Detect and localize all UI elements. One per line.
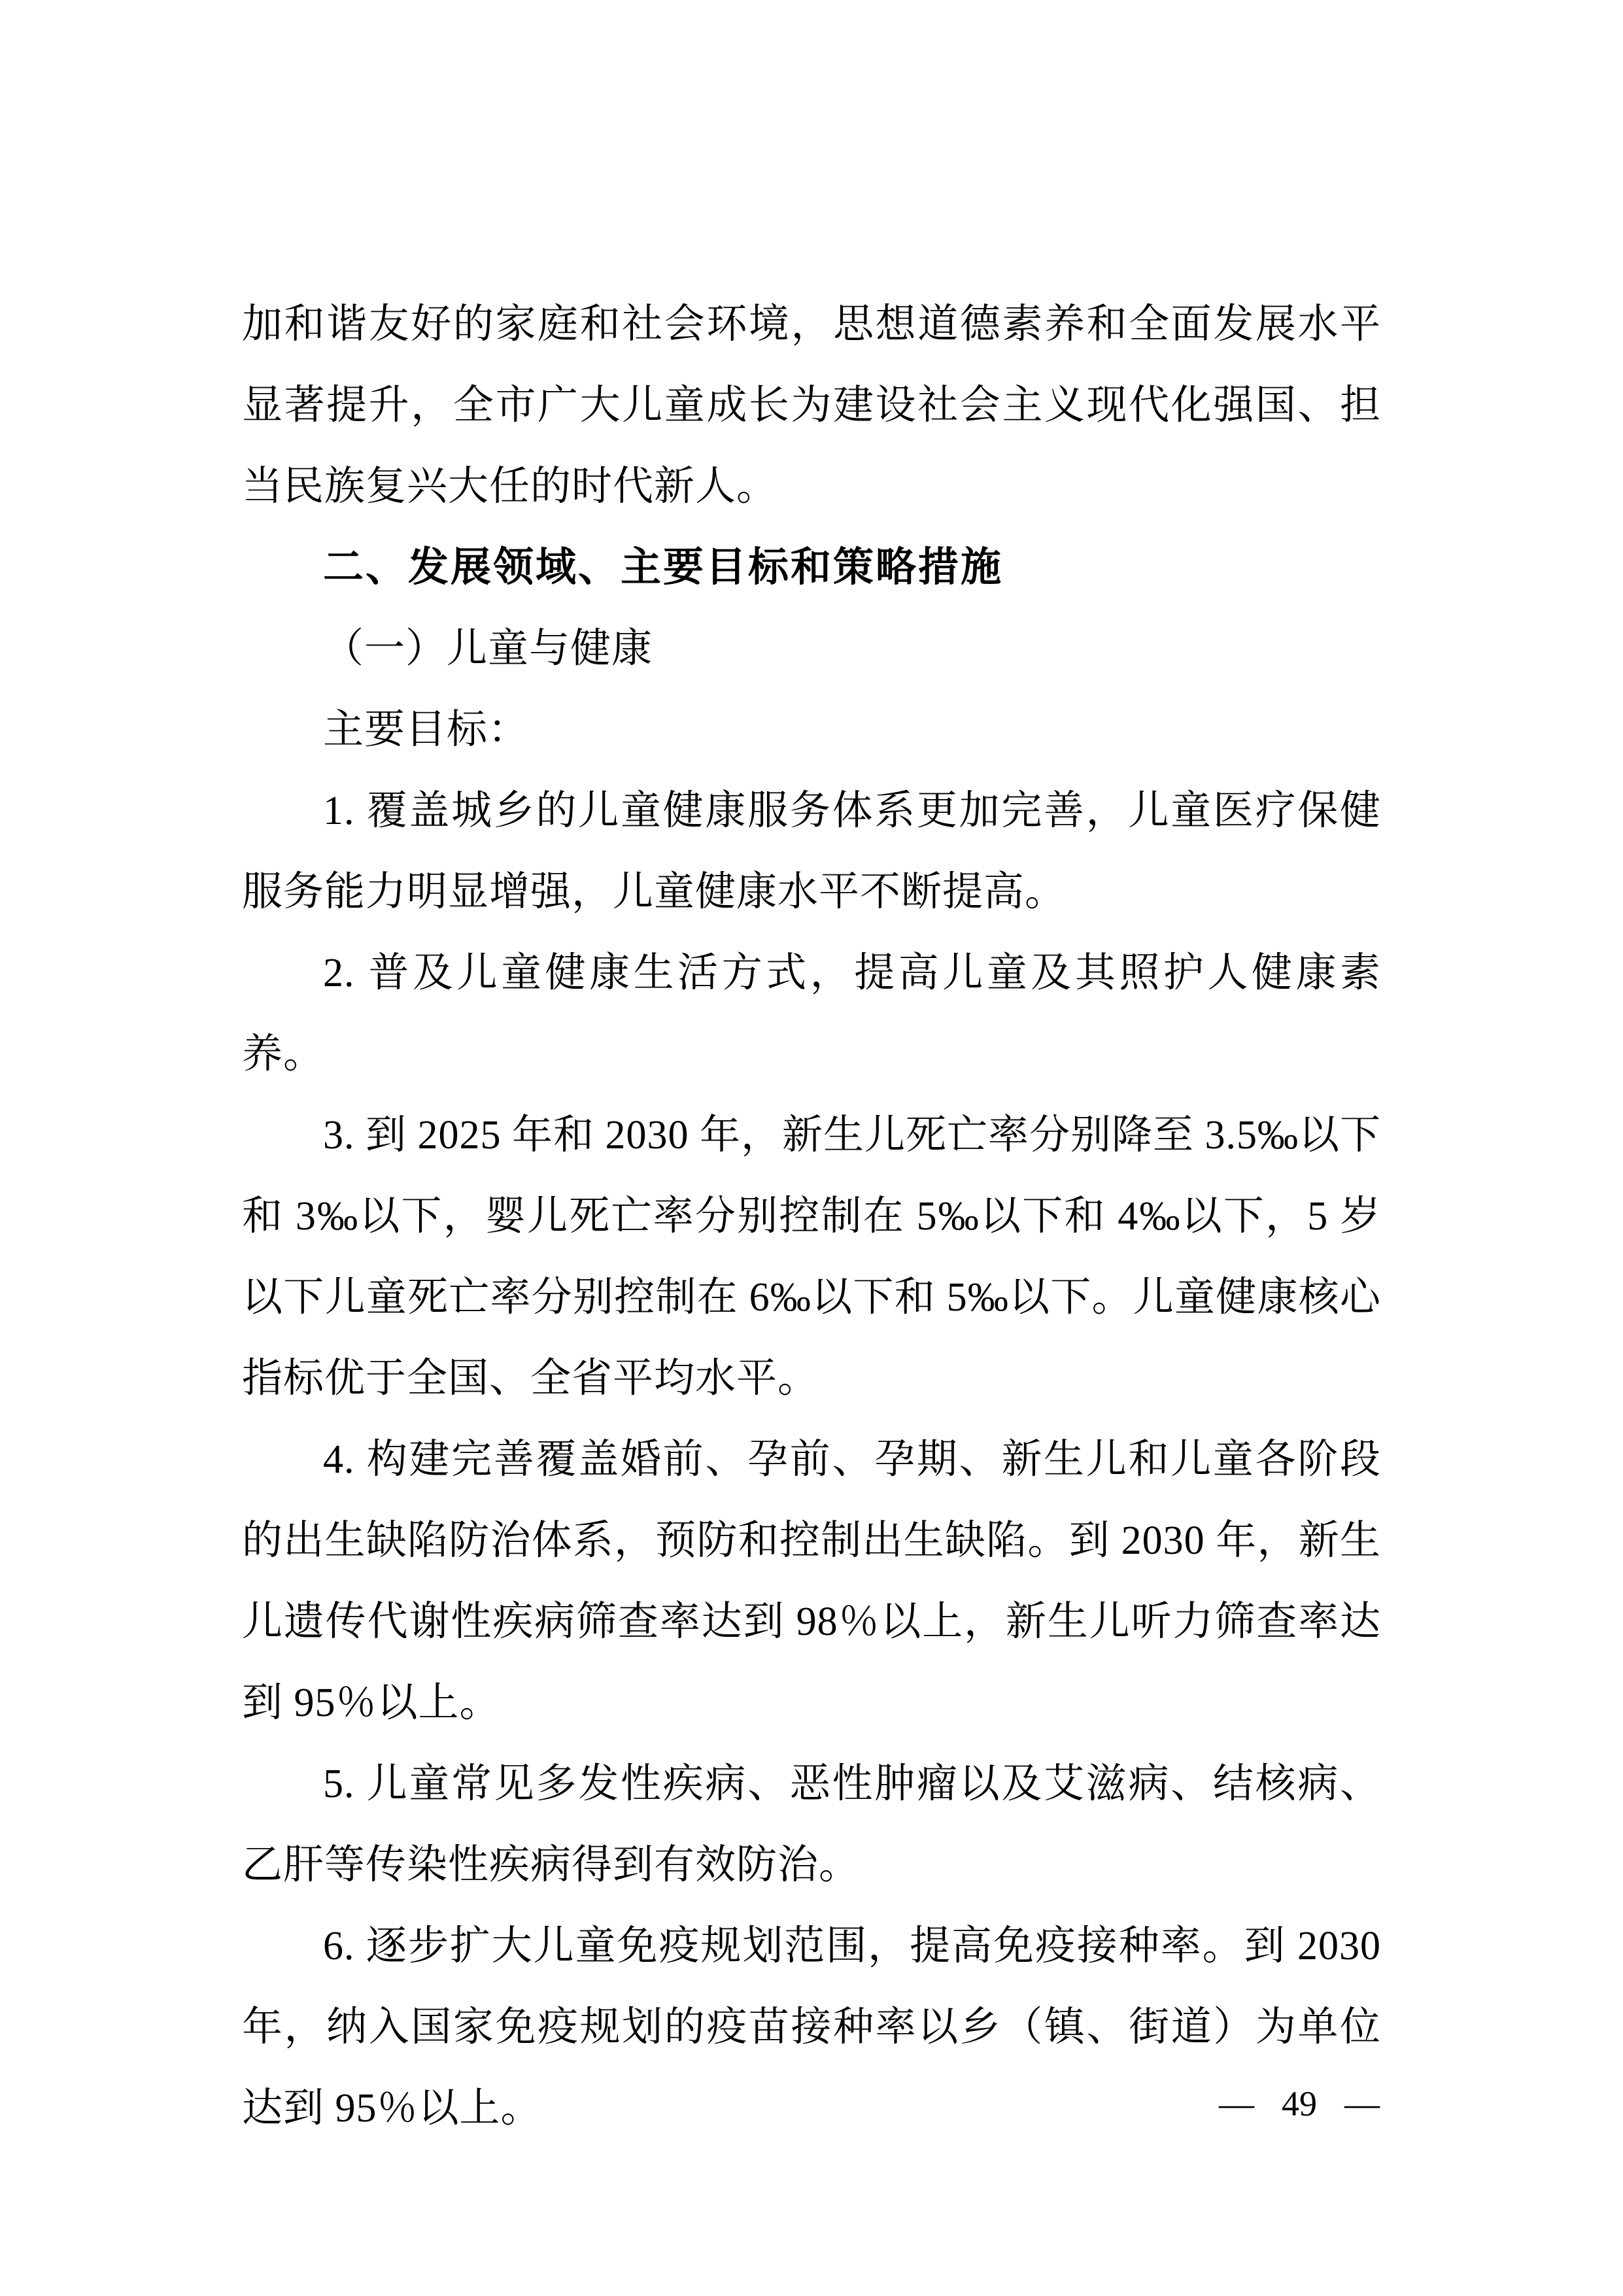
subsection-heading-children-health: （一）儿童与健康: [242, 608, 1381, 689]
main-goals-label: 主要目标：: [242, 689, 1381, 770]
page-footer: — 49 —: [1219, 2086, 1380, 2121]
document-page: 加和谐友好的家庭和社会环境，思想道德素养和全面发展水平显著提升，全市广大儿童成长…: [0, 0, 1623, 2296]
page-number: 49: [1282, 2086, 1317, 2121]
goal-item-6: 6. 逐步扩大儿童免疫规划范围，提高免疫接种率。到 2030 年，纳入国家免疫规…: [242, 1906, 1381, 2149]
goal-item-1: 1. 覆盖城乡的儿童健康服务体系更加完善，儿童医疗保健服务能力明显增强，儿童健康…: [242, 770, 1381, 933]
goal-item-2: 2. 普及儿童健康生活方式，提高儿童及其照护人健康素养。: [242, 933, 1381, 1095]
goal-item-3: 3. 到 2025 年和 2030 年，新生儿死亡率分别降至 3.5‰以下和 3…: [242, 1095, 1381, 1419]
section-heading: 二、发展领域、主要目标和策略措施: [242, 527, 1381, 608]
footer-dash-left: —: [1219, 2086, 1254, 2121]
goal-item-4: 4. 构建完善覆盖婚前、孕前、孕期、新生儿和儿童各阶段的出生缺陷防治体系，预防和…: [242, 1419, 1381, 1743]
paragraph-continuation: 加和谐友好的家庭和社会环境，思想道德素养和全面发展水平显著提升，全市广大儿童成长…: [242, 284, 1381, 527]
footer-dash-right: —: [1344, 2086, 1380, 2121]
page-content: 加和谐友好的家庭和社会环境，思想道德素养和全面发展水平显著提升，全市广大儿童成长…: [242, 284, 1381, 2149]
goal-item-5: 5. 儿童常见多发性疾病、恶性肿瘤以及艾滋病、结核病、乙肝等传染性疾病得到有效防…: [242, 1743, 1381, 1906]
